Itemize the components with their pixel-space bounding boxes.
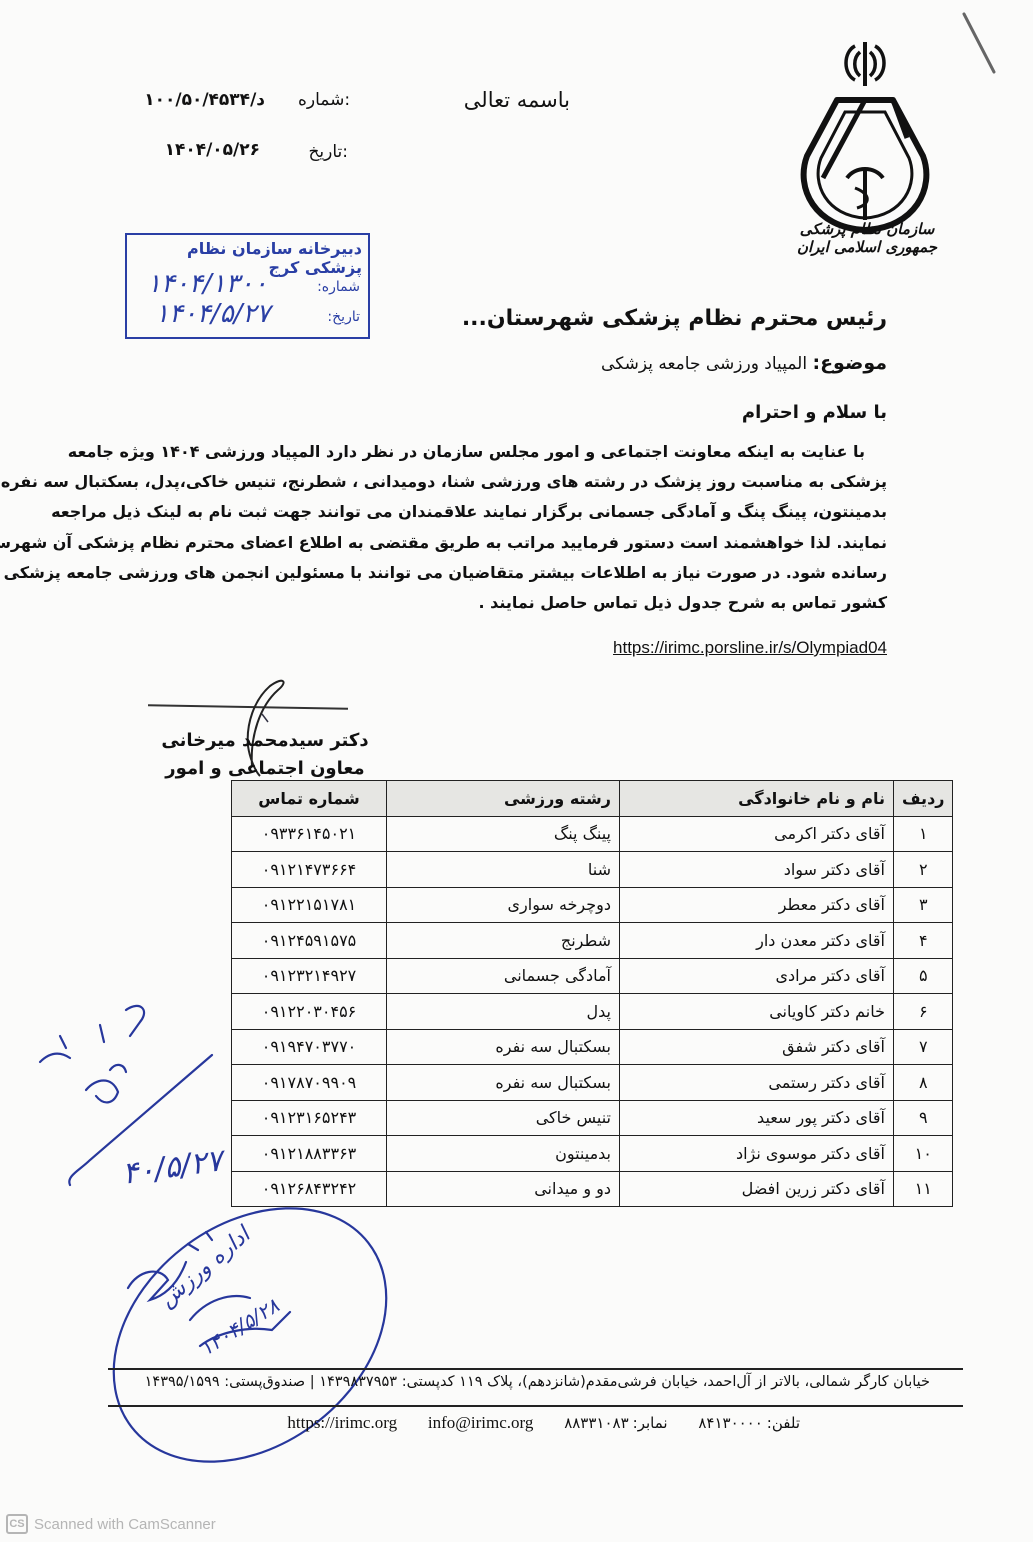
referral-note: اداره ورزش [155, 1223, 255, 1313]
stamp-date-label: تاریخ: [327, 309, 360, 325]
table-row: ۳ آقای دکتر معطر دوچرخه سواری ۰۹۱۲۲۱۵۱۷۸… [232, 887, 953, 923]
cell-row-number: ۱۱ [894, 1171, 953, 1207]
body-line-6: کشور تماس به شرح جدول ذیل تماس حاصل نمای… [146, 588, 887, 618]
cell-phone: ۰۹۱۲۳۲۱۴۹۲۷ [232, 958, 387, 994]
cell-row-number: ۹ [894, 1100, 953, 1136]
col-header-sport: رشته ورزشی [387, 781, 620, 817]
table-row: ۶ خانم دکتر کاویانی پدل ۰۹۱۲۲۰۳۰۴۵۶ [232, 994, 953, 1030]
cell-row-number: ۲ [894, 852, 953, 888]
cell-sport: بسکتبال سه نفره [387, 1065, 620, 1101]
cell-sport: دوچرخه سواری [387, 887, 620, 923]
margin-date-note: ۴۰/۵/۲۷ [122, 1150, 223, 1185]
cell-name: آقای دکتر زرین افضل [620, 1171, 894, 1207]
cell-name: آقای دکتر سواد [620, 852, 894, 888]
table-row: ۱۰ آقای دکتر موسوی نژاد بدمینتون ۰۹۱۲۱۸۸… [232, 1136, 953, 1172]
subject-line: موضوع: المپیاد ورزشی جامعه پزشکی [601, 352, 887, 374]
subject-label: موضوع: [812, 352, 887, 374]
table-row: ۱۱ آقای دکتر زرین افضل دو و میدانی ۰۹۱۲۶… [232, 1171, 953, 1207]
camscanner-text: Scanned with CamScanner [34, 1516, 216, 1533]
cell-phone: ۰۹۱۲۳۱۶۵۲۴۳ [232, 1100, 387, 1136]
cell-name: آقای دکتر اکرمی [620, 816, 894, 852]
phone-value: ۸۴۱۳۰۰۰۰ [698, 1414, 762, 1432]
cell-name: خانم دکتر کاویانی [620, 994, 894, 1030]
cell-row-number: ۴ [894, 923, 953, 959]
cell-phone: ۰۹۱۲۱۸۸۳۳۶۳ [232, 1136, 387, 1172]
contacts-table: ردیف نام و نام خانوادگی رشته ورزشی شماره… [231, 780, 953, 1207]
greeting: با سلام و احترام [742, 402, 887, 423]
table-row: ۲ آقای دکتر سواد شنا ۰۹۱۲۱۴۷۳۶۶۴ [232, 852, 953, 888]
cell-row-number: ۱ [894, 816, 953, 852]
cell-sport: پینگ پنگ [387, 816, 620, 852]
fax-value: ۸۸۳۳۱۰۸۳ [564, 1414, 628, 1432]
bismillah-heading: باسمه تعالی [440, 88, 570, 112]
cell-row-number: ۸ [894, 1065, 953, 1101]
footer-divider-top [108, 1368, 963, 1370]
cell-row-number: ۵ [894, 958, 953, 994]
letter-body: با عنایت به اینکه معاونت اجتماعی و امور … [146, 437, 887, 618]
cell-phone: ۰۹۱۲۶۸۴۳۲۴۲ [232, 1171, 387, 1207]
footer-divider-bottom [108, 1405, 963, 1407]
body-line-3: بدمینتون، پینگ پنگ و آمادگی جسمانی برگزا… [146, 497, 887, 527]
table-row: ۱ آقای دکتر اکرمی پینگ پنگ ۰۹۳۳۶۱۴۵۰۲۱ [232, 816, 953, 852]
col-header-name: نام و نام خانوادگی [620, 781, 894, 817]
cell-sport: شنا [387, 852, 620, 888]
margin-date: ۴۰/۵/۲۷ [120, 1143, 225, 1192]
org-name-caption: سازمان نظام پزشکی جمهوری اسلامی ایران [782, 220, 952, 256]
cell-sport: پدل [387, 994, 620, 1030]
col-header-phone: شماره تماس [232, 781, 387, 817]
cell-phone: ۰۹۱۲۲۱۵۱۷۸۱ [232, 887, 387, 923]
circle-date-note: ۱۴۰۴/۵/۲۸ [195, 1293, 283, 1360]
cell-name: آقای دکتر شفق [620, 1029, 894, 1065]
camscanner-logo-icon: CS [6, 1514, 28, 1534]
body-line-1: با عنایت به اینکه معاونت اجتماعی و امور … [146, 437, 887, 467]
stamp-number-value: ۱۴۰۴/۱۳۰۰ [147, 269, 267, 299]
body-line-4: نمایند. لذا خواهشمند است دستور فرمایید م… [146, 528, 887, 558]
date-label: تاریخ: [298, 142, 348, 162]
footer-address: خیابان کارگر شمالی، بالاتر از آل‌احمد، خ… [108, 1374, 930, 1390]
cell-sport: آمادگی جسمانی [387, 958, 620, 994]
registry-stamp: دبیرخانه سازمان نظام پزشکی کرج شماره: ۱۴… [125, 233, 370, 339]
subject-value: المپیاد ورزشی جامعه پزشکی [601, 354, 807, 374]
cell-name: آقای دکتر معدن دار [620, 923, 894, 959]
addressee: رئیس محترم نظام پزشکی شهرستان... [462, 306, 887, 331]
cell-row-number: ۶ [894, 994, 953, 1030]
cell-row-number: ۷ [894, 1029, 953, 1065]
signatory-name: دکتر سیدمحمد میرخانی [160, 730, 370, 751]
letter-date: ۱۴۰۴/۰۵/۲۶ [150, 140, 260, 160]
cell-name: آقای دکتر معطر [620, 887, 894, 923]
body-line-5: رسانده شود. در صورت نیاز به اطلاعات بیشت… [146, 558, 887, 588]
cell-phone: ۰۹۱۹۴۷۰۳۷۷۰ [232, 1029, 387, 1065]
table-row: ۸ آقای دکتر رستمی بسکتبال سه نفره ۰۹۱۷۸۷… [232, 1065, 953, 1101]
table-row: ۴ آقای دکتر معدن دار شطرنج ۰۹۱۲۴۵۹۱۵۷۵ [232, 923, 953, 959]
cell-sport: دو و میدانی [387, 1171, 620, 1207]
cell-sport: تنیس خاکی [387, 1100, 620, 1136]
cell-name: آقای دکتر پور سعید [620, 1100, 894, 1136]
letter-number: د/۱۰۰/۵۰/۴۵۳۴ [140, 90, 265, 110]
registration-link[interactable]: https://irimc.porsline.ir/s/Olympiad04 [613, 638, 887, 658]
cell-sport: شطرنج [387, 923, 620, 959]
cell-phone: ۰۹۱۲۲۰۳۰۴۵۶ [232, 994, 387, 1030]
body-line-2: پزشکی به مناسبت روز پزشک در رشته های ورز… [146, 467, 887, 497]
table-row: ۹ آقای دکتر پور سعید تنیس خاکی ۰۹۱۲۳۱۶۵۲… [232, 1100, 953, 1136]
footer-contact: تلفن:۸۴۱۳۰۰۰۰ نمابر:۸۸۳۳۱۰۸۳ https://iri… [240, 1413, 800, 1433]
cell-name: آقای دکتر مرادی [620, 958, 894, 994]
cell-sport: بسکتبال سه نفره [387, 1029, 620, 1065]
stamp-date-value: ۱۴۰۴/۵/۲۷ [155, 299, 270, 329]
cell-name: آقای دکتر رستمی [620, 1065, 894, 1101]
col-header-row-number: ردیف [894, 781, 953, 817]
stamp-number-label: شماره: [317, 279, 360, 295]
cell-row-number: ۳ [894, 887, 953, 923]
fax-label: نمابر: [633, 1414, 668, 1432]
table-header-row: ردیف نام و نام خانوادگی رشته ورزشی شماره… [232, 781, 953, 817]
email-link[interactable]: info@irimc.org [428, 1413, 534, 1432]
cell-row-number: ۱۰ [894, 1136, 953, 1172]
table-row: ۷ آقای دکتر شفق بسکتبال سه نفره ۰۹۱۹۴۷۰۳… [232, 1029, 953, 1065]
cell-phone: ۰۹۳۳۶۱۴۵۰۲۱ [232, 816, 387, 852]
cell-name: آقای دکتر موسوی نژاد [620, 1136, 894, 1172]
cell-phone: ۰۹۱۲۴۵۹۱۵۷۵ [232, 923, 387, 959]
number-label: شماره: [298, 90, 348, 110]
table-row: ۵ آقای دکتر مرادی آمادگی جسمانی ۰۹۱۲۳۲۱۴… [232, 958, 953, 994]
cell-phone: ۰۹۱۷۸۷۰۹۹۰۹ [232, 1065, 387, 1101]
cell-sport: بدمینتون [387, 1136, 620, 1172]
scan-mark [960, 8, 1010, 78]
phone-label: تلفن: [767, 1414, 800, 1432]
website-link[interactable]: https://irimc.org [287, 1413, 397, 1432]
cell-phone: ۰۹۱۲۱۴۷۳۶۶۴ [232, 852, 387, 888]
camscanner-watermark: CS Scanned with CamScanner [6, 1513, 216, 1535]
